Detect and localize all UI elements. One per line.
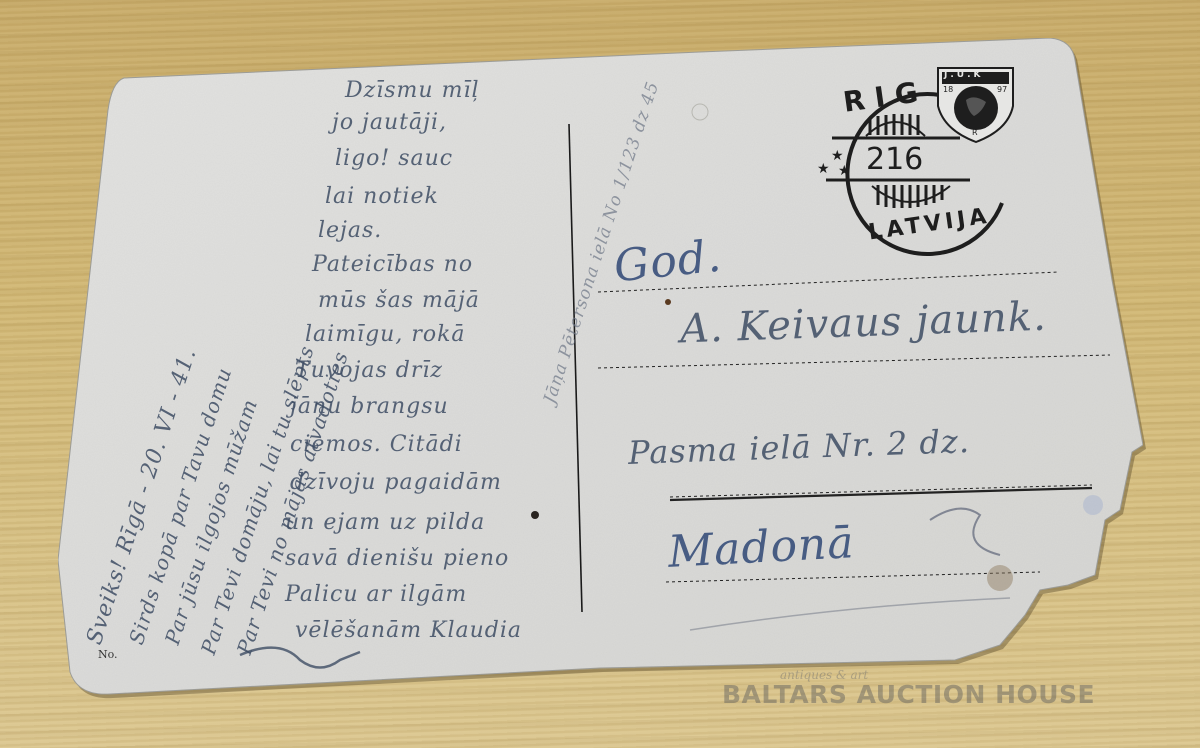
emblem-initials: J.U.K: [944, 70, 983, 80]
stain: [987, 565, 1013, 591]
message-line: Tuvojas drīz: [295, 358, 443, 383]
svg-text:★: ★: [838, 163, 851, 179]
emblem-mark: R: [972, 128, 978, 137]
emblem-year-left: 18: [943, 85, 953, 94]
watermark-title: BALTARS AUCTION HOUSE: [722, 680, 1095, 709]
message-line: lai notiek: [325, 184, 439, 209]
svg-text:★: ★: [831, 148, 844, 164]
message-line: laimīgu, rokā: [305, 322, 466, 347]
postmark-number: 216: [866, 142, 923, 177]
message-line: ligo! sauc: [335, 146, 453, 171]
emblem-year-right: 97: [997, 85, 1007, 94]
message-line: jo jautāji,: [332, 110, 447, 135]
address-line-4-text: Madonā: [667, 517, 856, 578]
message-line: lejas.: [318, 218, 382, 243]
message-line: Palicu ar ilgām: [285, 582, 467, 607]
svg-text:★: ★: [817, 161, 830, 177]
message-line: savā dienišu pieno: [285, 546, 509, 571]
message-line: dzīvoju pagaidām: [290, 470, 502, 495]
print-number: No.: [98, 648, 118, 661]
message-line: Dzīsmu mīļ: [345, 78, 480, 103]
message-line: Pateicības no: [312, 252, 473, 277]
message-line: vēlēšanām Klaudia: [295, 618, 522, 643]
message-line: un ejam uz pilda: [285, 510, 485, 535]
message-line: mūs šas mājā: [318, 288, 480, 313]
